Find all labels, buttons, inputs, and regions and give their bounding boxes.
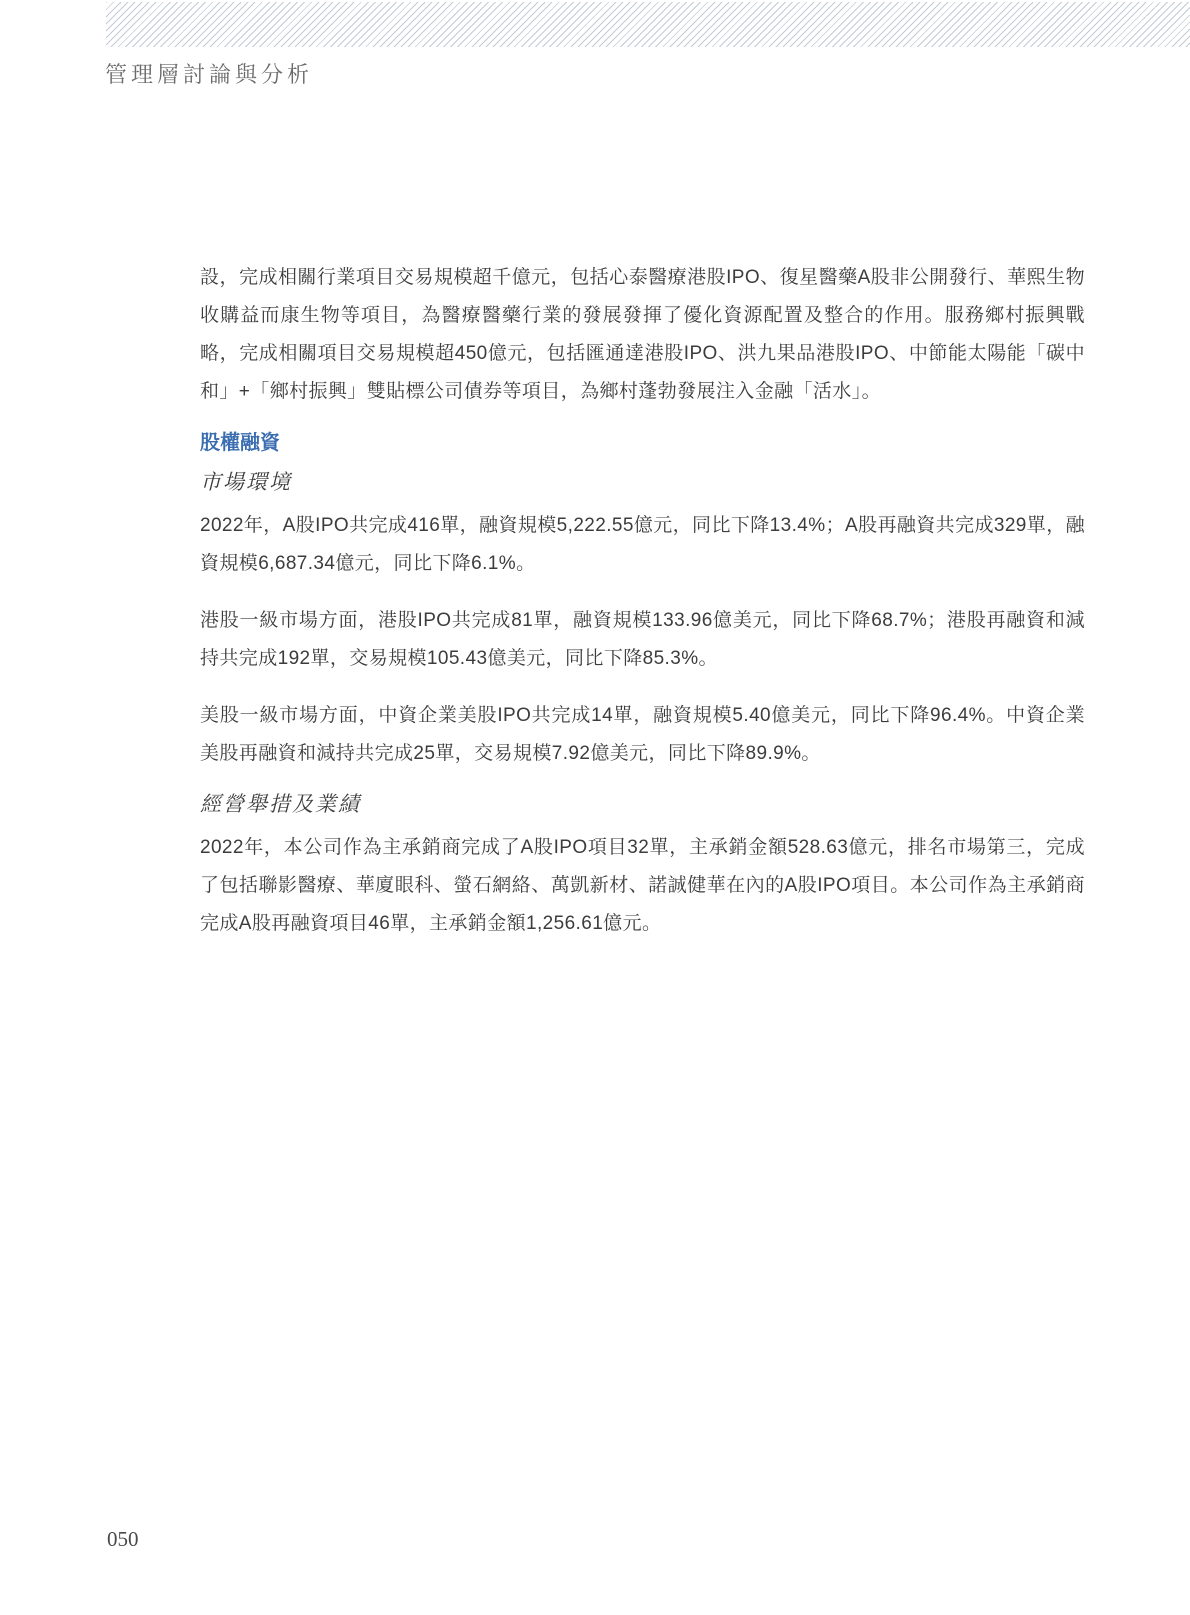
paragraph-underwriting-results: 2022年，本公司作為主承銷商完成了A股IPO項目32單，主承銷金額528.63… — [200, 829, 1085, 943]
section-heading-equity-financing: 股權融資 — [200, 429, 1085, 457]
paragraph-us-market: 美股一級市場方面，中資企業美股IPO共完成14單，融資規模5.40億美元，同比下… — [200, 697, 1085, 773]
report-page: 管理層討論與分析 設，完成相關行業項目交易規模超千億元，包括心泰醫療港股IPO、… — [0, 0, 1190, 1615]
main-content: 設，完成相關行業項目交易規模超千億元，包括心泰醫療港股IPO、復星醫藥A股非公開… — [200, 259, 1085, 943]
diagonal-hatch-banner — [106, 2, 1190, 47]
intro-paragraph: 設，完成相關行業項目交易規模超千億元，包括心泰醫療港股IPO、復星醫藥A股非公開… — [200, 259, 1085, 411]
subsection-heading-market-environment: 市場環境 — [200, 467, 1085, 497]
paragraph-a-share-market: 2022年，A股IPO共完成416單，融資規模5,222.55億元，同比下降13… — [200, 507, 1085, 583]
paragraph-hk-market: 港股一級市場方面，港股IPO共完成81單，融資規模133.96億美元，同比下降6… — [200, 602, 1085, 678]
subsection-heading-operations-results: 經營舉措及業績 — [200, 789, 1085, 819]
page-header-title: 管理層討論與分析 — [105, 58, 313, 89]
page-number: 050 — [107, 1527, 139, 1552]
